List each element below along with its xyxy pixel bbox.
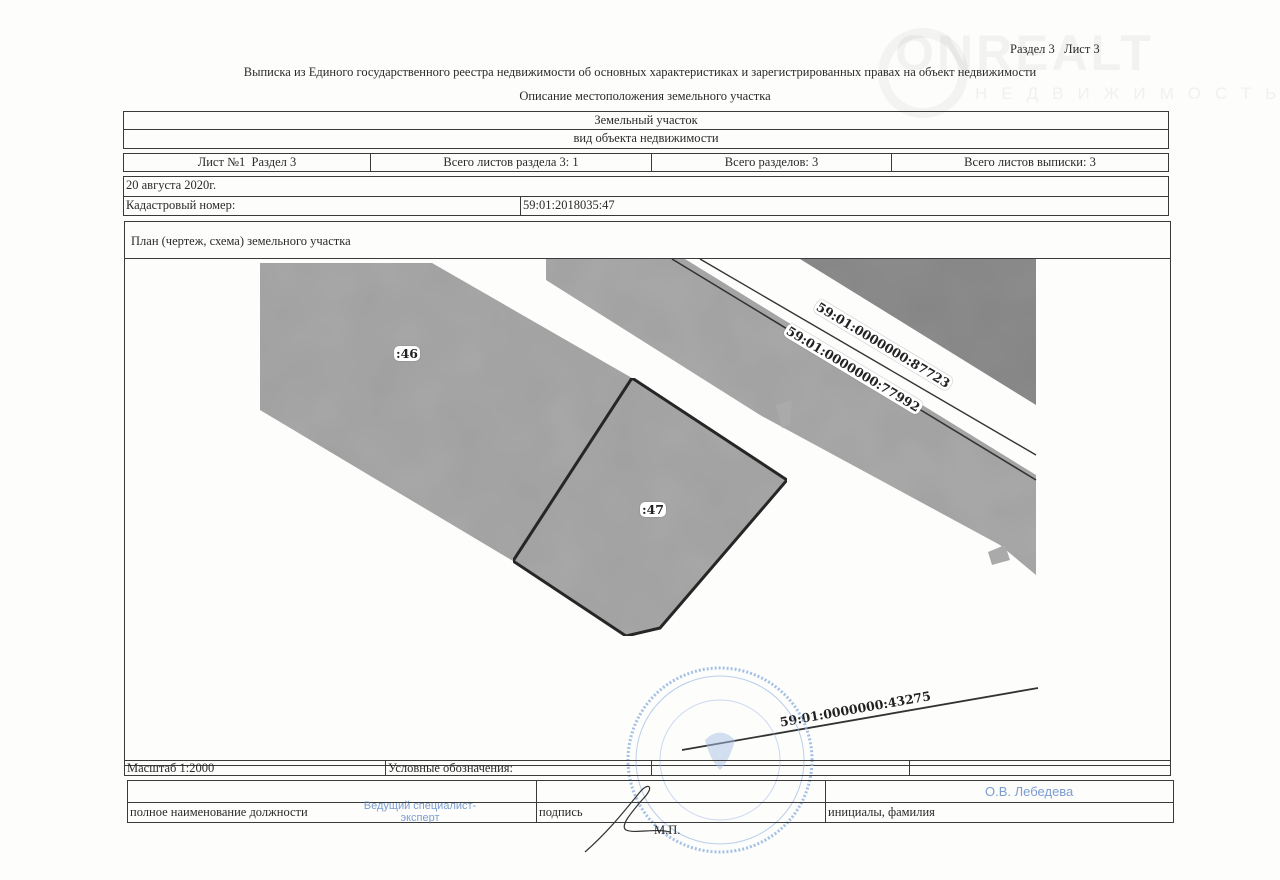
- scale-legend-row: Масштаб 1:2000 Условные обозначения:: [124, 760, 1171, 776]
- scale-label: Масштаб 1:2000: [127, 761, 381, 776]
- signature-icon: [580, 780, 700, 860]
- signer-name: О.В. Лебедева: [985, 784, 1073, 799]
- parcel-46-label: :46: [394, 346, 420, 361]
- seal-label: М.П.: [654, 823, 680, 838]
- position-value: Ведущий специалист-эксперт: [360, 800, 480, 824]
- parcel-47-label: :47: [640, 502, 666, 517]
- legend-label: Условные обозначения:: [388, 761, 647, 776]
- name-caption: инициалы, фамилия: [828, 805, 1169, 820]
